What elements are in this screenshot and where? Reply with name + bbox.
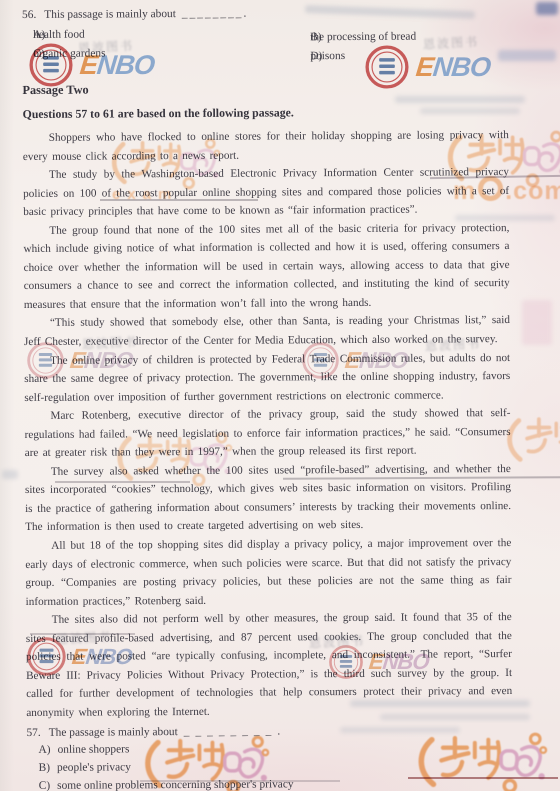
enbo-logo-text: ENBO [69,349,134,372]
bleed-through-smudge [498,50,556,61]
question-56-blank: ________. [182,7,249,22]
enbo-logo-text: ENBO [344,349,409,372]
scanned-exam-page: 56.This passage is mainly about________.… [0,0,560,791]
kaoshiba-watermark-icon [108,430,233,487]
bleed-through-smudge [395,96,525,103]
scan-line-artifact [100,199,258,201]
enbo-watermark: ENBO [301,341,407,380]
enbo-logo-text: ENBO [71,646,133,668]
enbo-seal-icon [364,44,410,90]
question-57-number: 57. [26,726,40,738]
bleed-through-smudge [536,2,558,15]
enbo-seal-icon [26,341,65,380]
bleed-through-smudge [340,727,460,733]
enbo-seal-icon [28,42,74,88]
enbo-cn-watermark: 恩波图书 [425,335,482,355]
paragraph: All but 18 of the top shopping sites did… [25,534,511,611]
scan-line-artifact [140,780,340,782]
bleed-through-smudge [455,215,555,221]
enbo-cn-watermark: 恩波图书 [423,33,480,53]
enbo-seal-icon [301,341,340,380]
enbo-cn-watermark: 恩波图书 [309,632,366,652]
enbo-logo-text: ENBO [415,54,492,81]
question-56-text: This passage is mainly about [44,8,176,21]
paragraph: Shoppers who have flocked to online stor… [23,126,509,166]
enbo-cn-watermark: 恩波图书 [56,628,113,648]
bleed-through-smudge [420,108,520,114]
scan-line-artifact [55,481,190,483]
underline-artifact [408,777,558,779]
enbo-cn-watermark: 恩波图书 [78,37,135,57]
bleed-through-smudge [2,470,18,479]
paragraph: Marc Rotenberg, executive director of th… [24,404,510,463]
bleed-through-smudge [380,714,530,720]
kaoshiba-watermark-icon [135,733,270,791]
scan-line-artifact [30,633,135,635]
paragraph: The study by the Washington-based Electr… [23,163,509,222]
paragraph: The survey also asked whether the 100 si… [25,460,511,537]
kaoshiba-watermark-icon [103,136,221,190]
bleed-through-smudge [350,700,530,707]
exam-domain-watermark: m.com [453,176,560,206]
bleed-through-smudge [522,300,552,345]
paragraph: The group found that none of the 100 sit… [23,219,510,315]
question-56-number: 56. [22,9,36,21]
enbo-logo-text: ENBO [368,651,430,673]
kaoshiba-watermark-icon [498,412,560,468]
ring-icon [478,176,503,201]
enbo-cn-watermark: 恩波图书 [82,333,139,353]
kaoshiba-watermark-icon [408,730,548,791]
